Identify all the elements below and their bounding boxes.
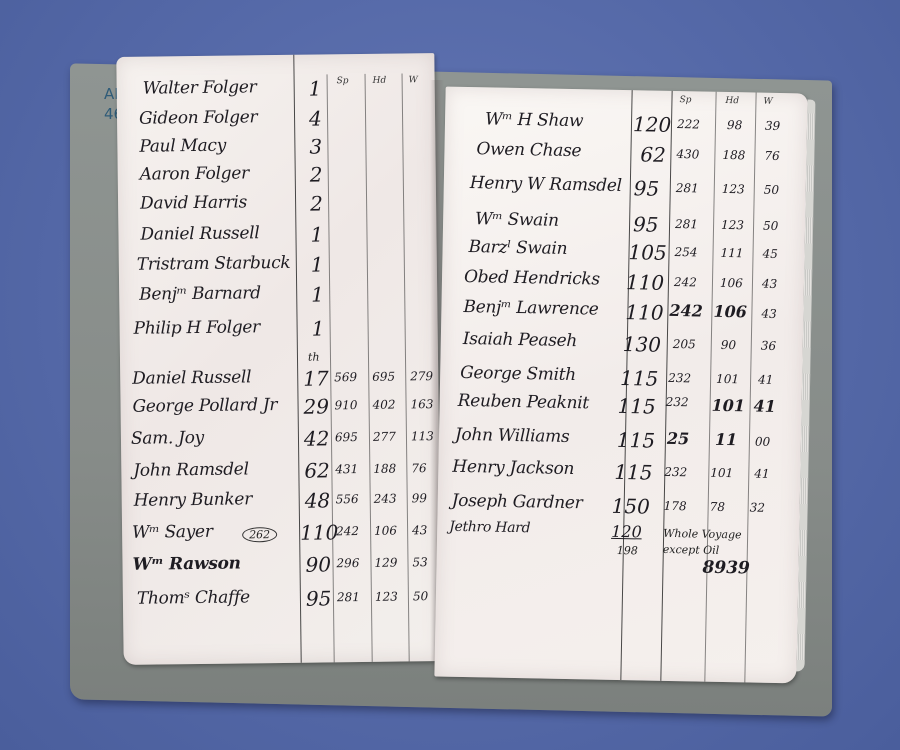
cell-voyage: 115 (614, 460, 653, 485)
table-row: Henry W Ramsdel 95 281 123 50 (444, 173, 806, 208)
cell-head: 111 (720, 246, 743, 260)
note-sum: 198 (617, 544, 638, 557)
cell-sperm: 178 (664, 499, 687, 513)
right-page: Sp Hd W Wᵐ H Shaw 120 222 98 39 Owen Cha… (434, 87, 807, 684)
table-row: Owen Chase 62 430 188 76 (444, 139, 806, 174)
cell-whale: 43 (761, 307, 777, 321)
cell-sperm: 281 (675, 217, 698, 231)
entry-name: Tristram Starbuck (137, 253, 291, 275)
cell-head: 78 (710, 500, 726, 514)
cell-head: 277 (373, 430, 396, 444)
entry-name: Wᵐ Swain (475, 209, 559, 231)
left-page: Sp Hd W Walter Folger 1 Gideon Folger 4 … (116, 53, 441, 665)
cell-head: 402 (372, 398, 395, 412)
cell-whale: 32 (750, 500, 766, 514)
cell-sperm: 431 (335, 462, 358, 476)
entry-count: 2 (310, 191, 323, 215)
cell-whale: 53 (412, 555, 427, 569)
cell-whale: 36 (761, 339, 777, 353)
table-row: Wᵐ Rawson 90 296 129 53 (122, 551, 440, 583)
cell-voyage: 110 (625, 300, 664, 325)
cell-voyage: 110 (300, 520, 338, 544)
cell-voyage: 130 (623, 332, 662, 357)
list-item: Benjᵐ Barnard 1 (119, 281, 437, 313)
cell-sperm: 242 (669, 301, 703, 321)
cell-voyage: 48 (305, 488, 331, 512)
entry-name: David Harris (140, 192, 247, 213)
entry-name: Henry Jackson (452, 457, 574, 479)
cell-voyage: 95 (633, 212, 659, 236)
cell-head: 90 (721, 338, 737, 352)
cell-head: 188 (722, 148, 745, 162)
cell-voyage: 105 (628, 240, 667, 265)
cell-whale: 50 (413, 589, 428, 603)
cell-head: 11 (715, 430, 738, 449)
table-row: Daniel Russell 17 569 695 279 (120, 365, 438, 397)
cell-sperm: 556 (336, 492, 359, 506)
note-line2: except Oil (663, 543, 720, 557)
entry-name: Sam. Joy (131, 428, 204, 449)
cell-whale: 41 (758, 373, 774, 387)
table-row: Thomˢ Chaffe 95 281 123 50 (123, 585, 441, 617)
cell-voyage: 115 (617, 428, 656, 453)
cell-whale: 50 (763, 219, 779, 233)
cell-sperm: 569 (334, 370, 357, 384)
table-row: John Williams 115 25 11 00 (439, 425, 801, 460)
table-row: Wᵐ H Shaw 120 222 98 39 (445, 109, 807, 144)
entry-name: Benjᵐ Barnard (139, 283, 261, 304)
divider-mark: th (308, 351, 320, 364)
entry-name: Joseph Gardner (452, 491, 583, 514)
cell-whale: 50 (764, 183, 780, 197)
entry-name: Obed Hendricks (464, 267, 600, 290)
table-row: Reuben Peaknit 115 232 101 41 (439, 391, 801, 426)
cell-whale: 41 (754, 467, 770, 481)
cell-whale: 76 (411, 461, 426, 475)
cell-sperm: 232 (668, 371, 691, 385)
cell-whale: 00 (755, 435, 771, 449)
cell-head: 123 (721, 218, 744, 232)
entry-name: Daniel Russell (140, 223, 259, 244)
cell-voyage: 90 (305, 552, 331, 576)
cell-head: 106 (713, 302, 747, 322)
entry-count: 1 (311, 282, 324, 306)
cell-voyage: 120 (611, 522, 642, 542)
cell-sperm: 25 (667, 429, 690, 448)
cell-sperm: 281 (676, 181, 699, 195)
entry-count: 3 (309, 134, 322, 158)
entry-name: Paul Macy (139, 136, 226, 157)
cell-sperm: 695 (335, 430, 358, 444)
cell-voyage: 115 (620, 366, 659, 391)
entry-count: 4 (309, 106, 322, 130)
entry-count: 2 (310, 162, 323, 186)
cell-head: 106 (720, 276, 743, 290)
entry-name: Thomˢ Chaffe (137, 587, 250, 608)
entry-name: Barzˡ Swain (468, 237, 567, 259)
cell-sperm: 910 (334, 398, 357, 412)
cell-head: 98 (727, 118, 743, 132)
cell-head: 101 (711, 396, 745, 416)
cell-head: 243 (374, 492, 397, 506)
cell-whale: 39 (765, 119, 781, 133)
list-item: Tristram Starbuck 1 (119, 251, 437, 283)
list-item: Daniel Russell 1 (118, 221, 436, 253)
column-header-sperm: Sp (679, 95, 691, 105)
entry-name: Henry W Ramsdel (470, 173, 622, 196)
table-row: Isaiah Peaseh 130 205 90 36 (441, 329, 803, 364)
table-row: Henry Jackson 115 232 101 41 (438, 457, 800, 492)
cell-head: 101 (716, 372, 739, 386)
table-row: Obed Hendricks 110 242 106 43 (442, 267, 804, 302)
entry-name: Reuben Peaknit (457, 391, 589, 414)
table-row: Henry Bunker 48 556 243 99 (122, 487, 440, 519)
table-row: John Ramsdel 62 431 188 76 (121, 457, 439, 489)
entry-name: George Smith (460, 363, 576, 385)
cell-whale: 76 (764, 149, 780, 163)
list-item: Paul Macy 3 (117, 133, 435, 165)
entry-name: Wᵐ H Shaw (485, 109, 583, 131)
cell-sperm: 222 (677, 117, 700, 131)
table-row: Sam. Joy 42 695 277 113 (121, 425, 439, 457)
cell-whale: 43 (412, 523, 427, 537)
entry-count: 1 (311, 316, 324, 340)
cell-sperm: 232 (666, 395, 689, 409)
note-line1: Whole Voyage (663, 527, 742, 542)
cell-sperm: 205 (673, 337, 696, 351)
cell-voyage: 17 (303, 366, 329, 390)
entry-name: Daniel Russell (132, 367, 251, 388)
cell-whale: 99 (412, 491, 427, 505)
cell-sperm: 232 (664, 465, 687, 479)
entry-name: Benjᵐ Lawrence (463, 297, 598, 320)
cell-sperm: 281 (337, 590, 360, 604)
table-row: Wᵐ Sayer 262 110 242 106 43 (122, 519, 440, 551)
column-header-whale: W (763, 97, 772, 107)
cell-whale: 45 (762, 247, 778, 261)
entry-count: 1 (309, 76, 322, 100)
entry-name: Owen Chase (476, 139, 581, 161)
bottom-entries-table: Daniel Russell 17 569 695 279 George Pol… (116, 53, 434, 57)
entry-name: Wᵐ Rawson (132, 553, 240, 574)
cell-voyage: 62 (304, 458, 330, 482)
table-row: George Pollard Jr 29 910 402 163 (120, 393, 438, 425)
cell-sperm: 242 (336, 524, 359, 538)
cell-whale: 43 (762, 277, 778, 291)
table-row: Barzˡ Swain 105 254 111 45 (442, 237, 804, 272)
cell-head: 123 (375, 590, 398, 604)
top-entries-list: Walter Folger 1 Gideon Folger 4 Paul Mac… (116, 53, 434, 57)
cell-voyage: 150 (611, 494, 650, 519)
entry-name: Wᵐ Sayer (132, 522, 213, 543)
list-item: Gideon Folger 4 (117, 105, 435, 137)
table-row: Benjᵐ Lawrence 110 242 106 43 (441, 297, 803, 332)
entry-name: George Pollard Jr (132, 395, 277, 417)
entry-name: Gideon Folger (139, 107, 258, 128)
entry-name: John Williams (455, 425, 570, 447)
cell-voyage: 29 (303, 394, 329, 418)
entry-name: Isaiah Peaseh (463, 329, 578, 351)
cell-sperm: 430 (676, 147, 699, 161)
cell-voyage: 120 (633, 112, 672, 137)
cell-head: 101 (710, 466, 733, 480)
cell-head: 188 (373, 462, 396, 476)
cell-head: 129 (374, 556, 397, 570)
cell-head: 695 (372, 370, 395, 384)
cell-voyage: 110 (626, 270, 665, 295)
entry-name: Henry Bunker (134, 489, 252, 510)
column-header-head: Hd (725, 96, 739, 106)
cell-voyage: 42 (304, 426, 330, 450)
circled-note: 262 (242, 527, 277, 542)
cell-voyage: 95 (634, 176, 660, 200)
cell-sperm: 296 (336, 556, 359, 570)
cell-head: 106 (374, 524, 397, 538)
cell-head: 123 (722, 182, 745, 196)
list-item: Aaron Folger 2 (118, 161, 436, 193)
cell-voyage: 95 (306, 586, 332, 610)
entry-name: Aaron Folger (140, 163, 249, 184)
entry-name: Jethro Hard (449, 519, 530, 537)
entry-name: Philip H Folger (133, 317, 260, 339)
entry-count: 1 (311, 252, 324, 276)
entry-count: 1 (310, 222, 323, 246)
cell-voyage: 115 (617, 394, 656, 419)
cell-sperm: 242 (674, 275, 697, 289)
list-item: Walter Folger 1 (117, 75, 435, 107)
list-item: Philip H Folger 1 (119, 315, 437, 347)
cell-voyage: 62 (640, 142, 666, 166)
voyage-total: 8939 (702, 558, 750, 579)
entry-name: Walter Folger (143, 77, 257, 98)
cell-sperm: 254 (674, 245, 697, 259)
list-item: David Harris 2 (118, 190, 436, 222)
entry-name: John Ramsdel (133, 459, 249, 480)
cell-whale: 41 (753, 397, 776, 416)
